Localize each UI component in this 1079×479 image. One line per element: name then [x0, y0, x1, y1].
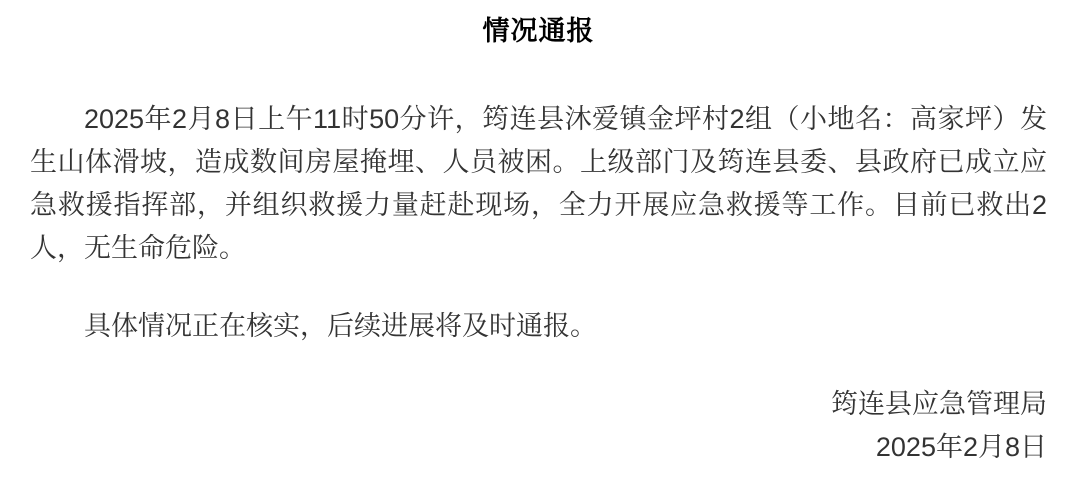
notice-document: 情况通报 2025年2月8日上午11时50分许，筠连县沐爱镇金坪村2组（小地名：… — [0, 0, 1079, 479]
notice-paragraph-main: 2025年2月8日上午11时50分许，筠连县沐爱镇金坪村2组（小地名：高家坪）发… — [30, 98, 1047, 270]
notice-paragraph-followup: 具体情况正在核实，后续进展将及时通报。 — [30, 305, 1047, 348]
notice-title: 情况通报 — [30, 14, 1047, 48]
signature-date: 2025年2月8日 — [30, 426, 1047, 469]
notice-body: 2025年2月8日上午11时50分许，筠连县沐爱镇金坪村2组（小地名：高家坪）发… — [30, 98, 1047, 348]
signature-organization: 筠连县应急管理局 — [30, 383, 1047, 426]
signature-block: 筠连县应急管理局 2025年2月8日 — [30, 383, 1047, 469]
